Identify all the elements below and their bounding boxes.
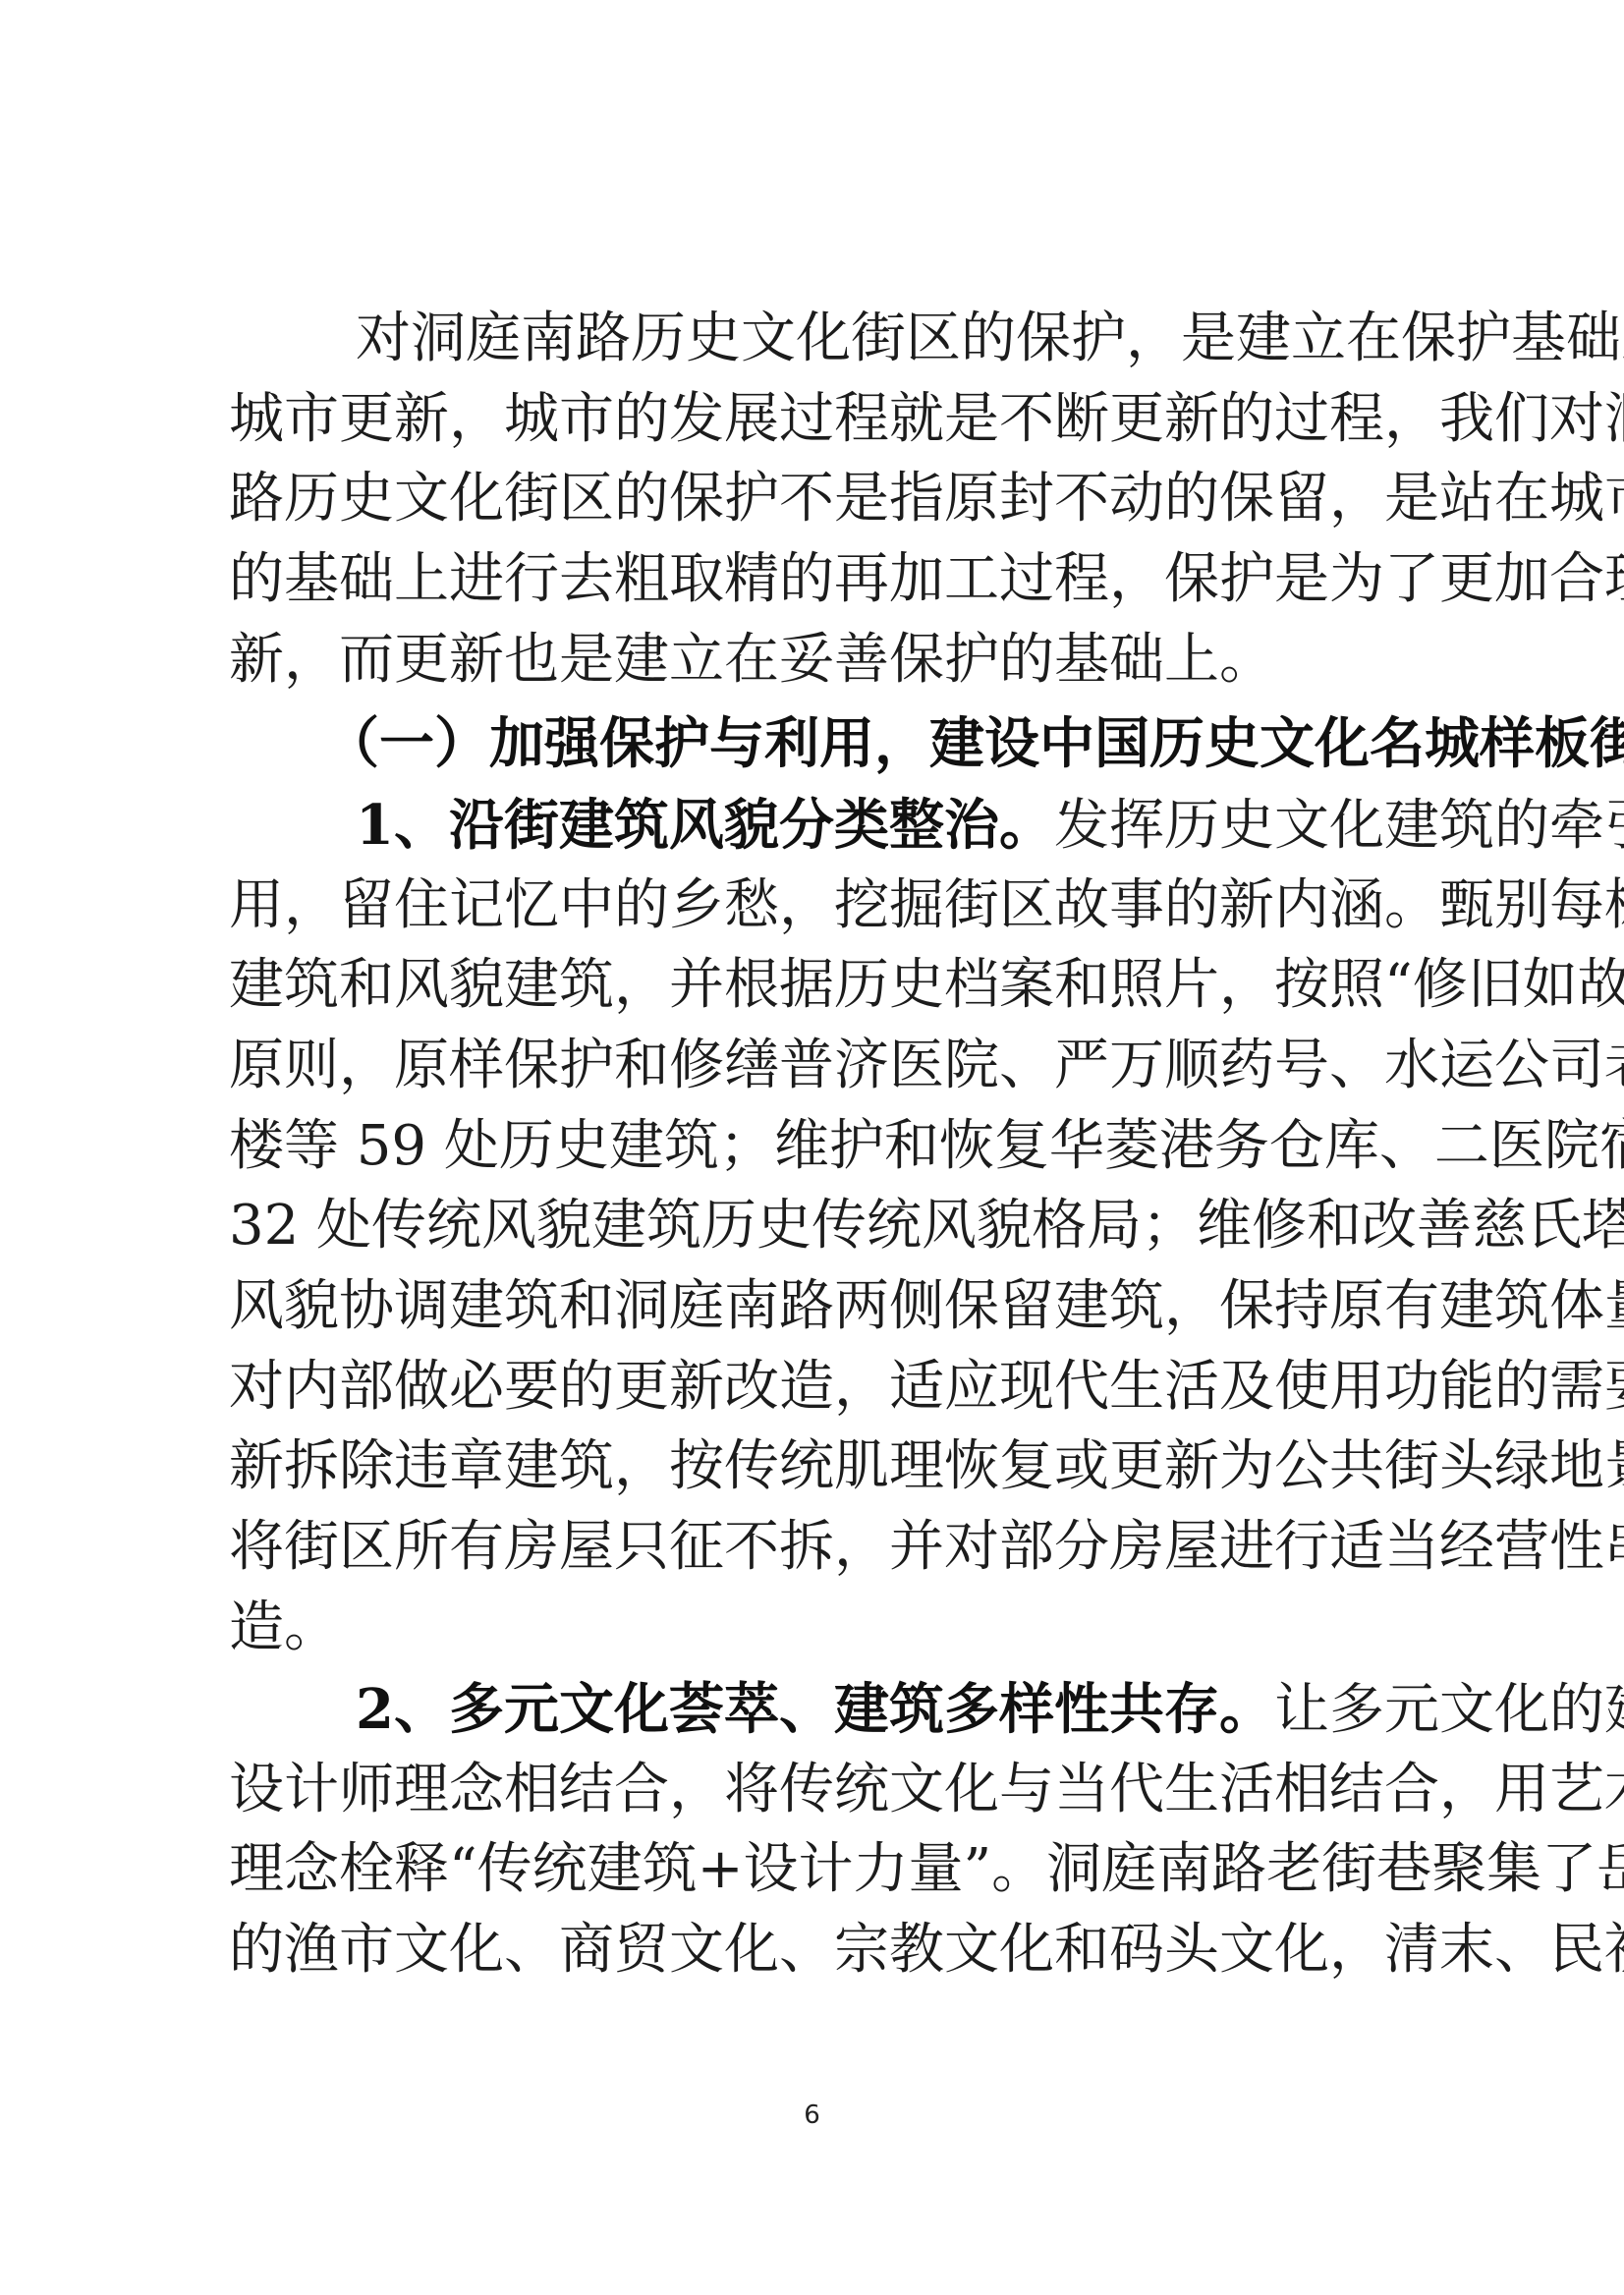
section-heading: （一）加强保护与利用，建设中国历史文化名城样板街区 bbox=[324, 709, 1424, 778]
item-2-line: 的渔市文化、商贸文化、宗教文化和码头文化，清末、民初、近 bbox=[229, 1916, 1424, 1985]
item-2-line: 设计师理念相结合，将传统文化与当代生活相结合，用艺术创新 bbox=[229, 1756, 1424, 1824]
item-1-line: 新拆除违章建筑，按传统肌理恢复或更新为公共街头绿地景观。 bbox=[229, 1432, 1424, 1501]
page-number: 6 bbox=[0, 2100, 1624, 2130]
paragraph-intro-line-4: 的基础上进行去粗取精的再加工过程，保护是为了更加合理的更 bbox=[229, 545, 1424, 614]
paragraph-intro-line-2: 城市更新，城市的发展过程就是不断更新的过程，我们对洞庭南 bbox=[229, 385, 1424, 454]
item-1-line: 对内部做必要的更新改造，适应现代生活及使用功能的需要；更 bbox=[229, 1353, 1424, 1422]
item-1-line: 将街区所有房屋只征不拆，并对部分房屋进行适当经营性串联改 bbox=[229, 1513, 1424, 1582]
item-1-line: 用，留住记忆中的乡愁，挖掘街区故事的新内涵。甄别每栋历史 bbox=[229, 871, 1424, 940]
document-page: 对洞庭南路历史文化街区的保护，是建立在保护基础上面的 城市更新，城市的发展过程就… bbox=[0, 0, 1624, 2295]
item-1-line: 原则，原样保护和修缮普济医院、严万顺药号、水运公司老办公 bbox=[229, 1032, 1424, 1100]
paragraph-intro-line-5: 新，而更新也是建立在妥善保护的基础上。 bbox=[229, 626, 1424, 695]
item-1-line: 造。 bbox=[229, 1594, 1424, 1662]
item-2-line: 理念栓释“传统建筑+设计力量”。洞庭南路老街巷聚集了岳阳 bbox=[229, 1835, 1424, 1904]
item-1-first-line-text: 发挥历史文化建筑的牵引性作 bbox=[1054, 794, 1624, 858]
item-1-line: 32 处传统风貌建筑历史传统风貌格局；维修和改善慈氏塔周边 bbox=[229, 1192, 1424, 1260]
item-1-first-line: 1、沿街建筑风貌分类整治。发挥历史文化建筑的牵引性作 bbox=[356, 791, 1424, 860]
item-2-first-line: 2、多元文化荟萃、建筑多样性共存。让多元文化的建筑与 bbox=[356, 1675, 1424, 1744]
item-1-line: 风貌协调建筑和洞庭南路两侧保留建筑，保持原有建筑体量，并 bbox=[229, 1272, 1424, 1341]
item-2-title: 2、多元文化荟萃、建筑多样性共存。 bbox=[356, 1677, 1274, 1742]
item-1-line: 建筑和风貌建筑，并根据历史档案和照片，按照“修旧如故”的 bbox=[229, 951, 1424, 1020]
item-1-line: 楼等 59 处历史建筑；维护和恢复华菱港务仓库、二医院宿舍等 bbox=[229, 1112, 1424, 1181]
paragraph-intro-line-1: 对洞庭南路历史文化街区的保护，是建立在保护基础上面的 bbox=[356, 305, 1424, 373]
item-1-title: 1、沿街建筑风貌分类整治。 bbox=[356, 793, 1054, 858]
paragraph-intro-line-3: 路历史文化街区的保护不是指原封不动的保留，是站在城市更新 bbox=[229, 465, 1424, 533]
item-2-first-line-text: 让多元文化的建筑与 bbox=[1274, 1678, 1624, 1742]
